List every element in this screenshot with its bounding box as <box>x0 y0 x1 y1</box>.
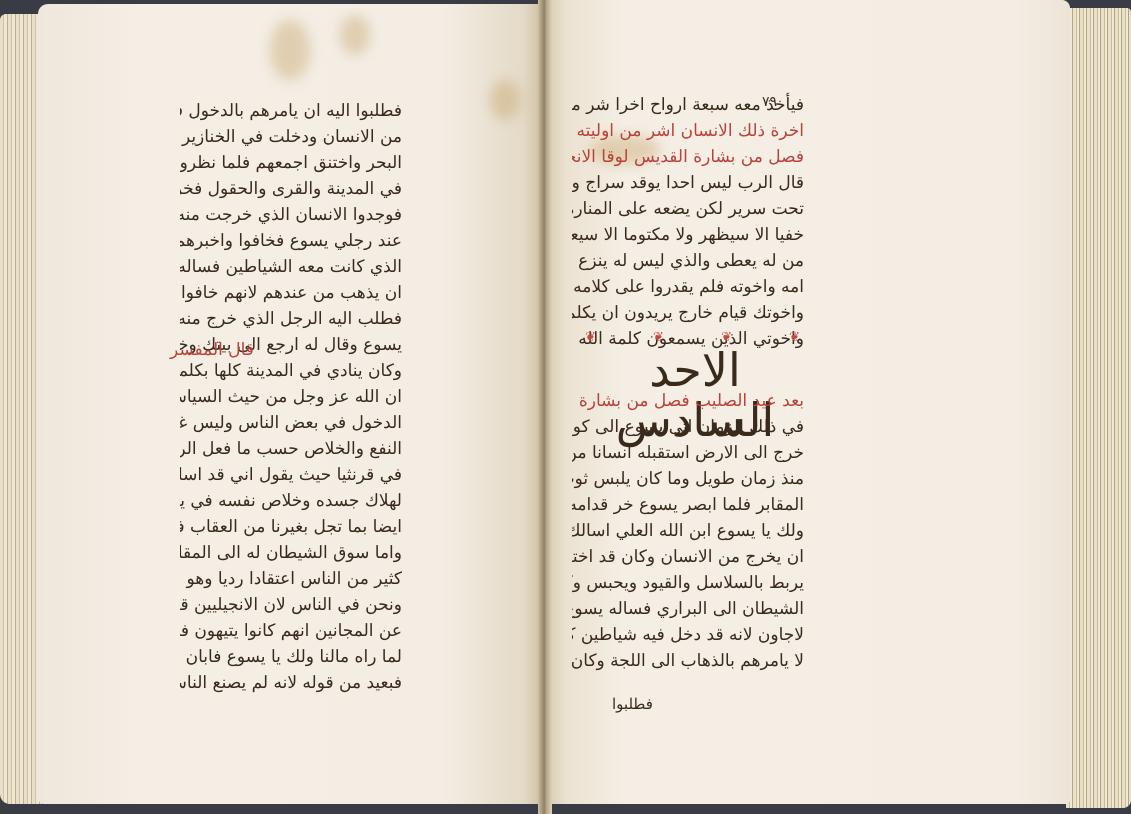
floral-ornament-icon: ❦ <box>789 330 800 345</box>
text-line: فطلب اليه الرجل الذي خرج منه الشياطين ان… <box>180 306 402 332</box>
text-line: لاجاون لانه قد دخل فيه شياطين كثير وطلبو… <box>572 622 804 648</box>
right-page-text-bottom: بعد عيد الصليب فصل من بشارة القديس لوقا … <box>572 388 804 674</box>
water-stain <box>340 15 370 55</box>
text-line: البحر واختنق اجمعهم فلما نظروا الرعاة ذل… <box>180 150 402 176</box>
text-line: لا يامرهم بالذهاب الى اللجة وكان هناك قط… <box>572 648 804 674</box>
text-line: ان الله عز وجل من حيث السياسة والتدبير ي… <box>180 384 402 410</box>
text-line: واخوتك قيام خارج يريدون ان يكلموك فاجاب … <box>572 300 804 326</box>
page-edges-right <box>1066 8 1131 808</box>
text-line: الشيطان الى البراري فساله يسوع قايلا ما … <box>572 596 804 622</box>
text-line: عن المجانين انهم كانوا يتيهون في الجبال … <box>180 618 402 644</box>
floral-ornament-icon: ❦ <box>585 330 596 345</box>
rubric-line: اخرة ذلك الانسان اشر من اوليته السبت الس… <box>572 118 804 144</box>
text-line: من له يعطى والذي ليس له ينزع منه الذي يظ… <box>572 248 804 274</box>
water-stain <box>270 20 310 80</box>
book-gutter <box>538 0 552 814</box>
rubric-marginal-note: قال المفسر <box>170 340 254 360</box>
text-line: في قرنثيا حيث يقول اني قد اسلمت الذي فعل… <box>180 462 402 488</box>
text-line: واما سوق الشيطان له الى المقابر فكان لكي… <box>180 540 402 566</box>
text-line: فيأخذ معه سبعة ارواح اخرا شر منه ويدخل و… <box>572 92 804 118</box>
water-stain <box>490 80 520 120</box>
text-line: في المدينة والقرى والحقول فخرجوا لينظروا… <box>180 176 402 202</box>
text-line: امه واخوته فلم يقدروا على كلامه لاجل كثر… <box>572 274 804 300</box>
text-line: كثير من الناس اعتقادا رديا وهو ان الاروا… <box>180 566 402 592</box>
text-line: خفيا الا سيظهر ولا مكتوما الا سيعلن انظر… <box>572 222 804 248</box>
text-line: من الانسان ودخلت في الخنازير فوثب القطيع… <box>180 124 402 150</box>
catchword: فطلبوا <box>612 695 653 713</box>
text-line: يربط بالسلاسل والقيود ويحبس وكان يقطع ال… <box>572 570 804 596</box>
text-line: الذي كانت معه الشياطين فساله الجمع الذي … <box>180 254 402 280</box>
text-line: في ذلك الزمان اتى يسوع الى كورة الجدريين… <box>572 414 804 440</box>
right-page-text-top: فيأخذ معه سبعة ارواح اخرا شر منه ويدخل و… <box>572 92 804 352</box>
text-line: فبعيد من قوله لانه لم يصنع الناس بل استو… <box>180 670 402 696</box>
text-line: منذ زمان طويل وما كان يلبس ثوب ولا ياوي … <box>572 466 804 492</box>
text-line: النفع والخلاص حسب ما فعل الرسول بذلك الذ… <box>180 436 402 462</box>
rubric-line: بعد عيد الصليب فصل من بشارة القديس لوقا … <box>572 388 804 414</box>
left-page-text: فطلبوا اليه ان يامرهم بالدخول فيها فاذن … <box>180 98 402 696</box>
page-edges-left <box>0 14 42 804</box>
rubric-line: فصل من بشارة القديس لوقا الانجيلي <box>572 144 804 170</box>
text-line: خرج الى الارض استقبله انسانا من المدينة … <box>572 440 804 466</box>
text-line: فوجدوا الانسان الذي خرجت منه الشياطين جا… <box>180 202 402 228</box>
text-line: لما راه مالنا ولك يا يسوع فابان بقوله هذ… <box>180 644 402 670</box>
text-line: ان يذهب من عندهم لانهم خافوا خوفا عظيما … <box>180 280 402 306</box>
text-line: لهلاك جسده وخلاص نفسه في يوم ربنا يسوع ا… <box>180 488 402 514</box>
text-line: الدخول في بعض الناس وليس غرضه في هذا الض… <box>180 410 402 436</box>
text-line: قال الرب ليس احدا يوقد سراج ويغطيه باناء… <box>572 170 804 196</box>
text-line: فطلبوا اليه ان يامرهم بالدخول فيها فاذن … <box>180 98 402 124</box>
text-line: ايضا بما تجل بغيرنا من العقاب فنمتنع من … <box>180 514 402 540</box>
text-line: ونحن في الناس لان الانجيليين قد ابطلوا ه… <box>180 592 402 618</box>
open-manuscript: فطلبوا اليه ان يامرهم بالدخول فيها فاذن … <box>0 0 1131 814</box>
text-line: عند رجلي يسوع فخافوا واخبرهم الذين عاينو… <box>180 228 402 254</box>
text-line: تحت سرير لكن يضعه على المنارة فيري نوره … <box>572 196 804 222</box>
text-line: المقابر فلما ابصر يسوع خر قدامه وصاح بصو… <box>572 492 804 518</box>
text-line: ان يخرج من الانسان وكان قد اختطفه من زما… <box>572 544 804 570</box>
text-line: ولك يا يسوع ابن الله العلي اسالك ان لا ت… <box>572 518 804 544</box>
text-line: وكان ينادي في المدينة كلها بكلما صنع معه… <box>180 358 402 384</box>
